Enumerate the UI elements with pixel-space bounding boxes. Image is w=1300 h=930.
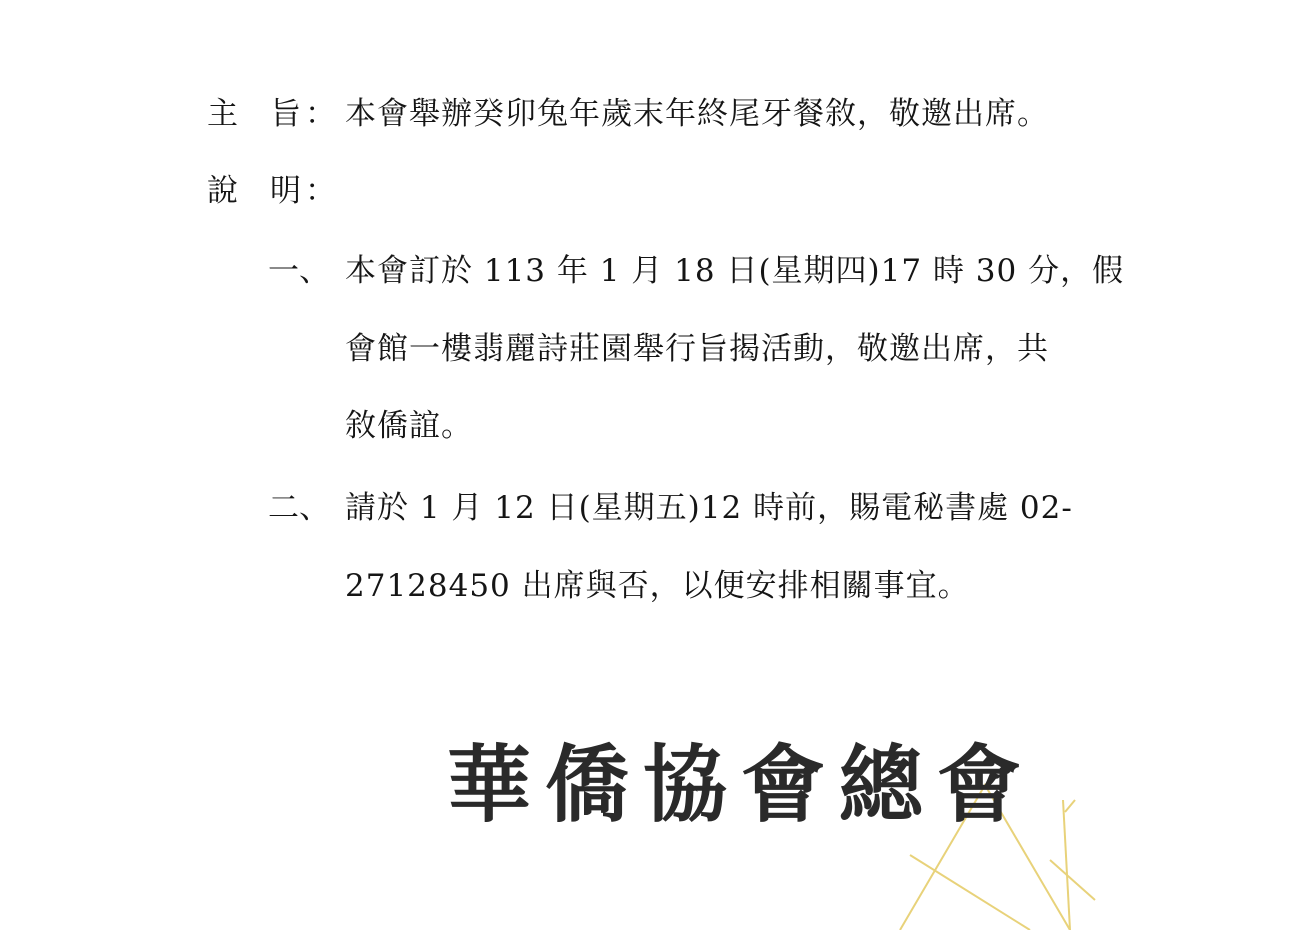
explanation-label-char1: 說 <box>207 165 238 210</box>
subject-label-char2: 旨 <box>270 88 301 133</box>
explanation-label-char2: 明 <box>270 165 301 210</box>
item-2-line-2: 27128450 出席與否，以便安排相關事宜。 <box>345 560 970 605</box>
organization-seal: 華僑協會總會 <box>447 718 1035 839</box>
item-2-marker: 二、 <box>268 482 330 527</box>
item-1-line-1: 本會訂於 113 年 1 月 18 日(星期四)17 時 30 分，假 <box>345 245 1124 290</box>
subject-label-char1: 主 <box>207 88 238 133</box>
explanation-colon: ： <box>305 165 336 210</box>
item-1-marker: 一、 <box>268 245 330 290</box>
subject-colon: ： <box>305 88 336 133</box>
item-1-line-2: 會館一樓翡麗詩莊園舉行旨揭活動，敬邀出席，共 <box>345 323 1049 368</box>
item-2-line-1: 請於 1 月 12 日(星期五)12 時前，賜電秘書處 02- <box>345 482 1073 527</box>
subject-text: 本會舉辦癸卯兔年歲末年終尾牙餐敘，敬邀出席。 <box>345 88 1049 133</box>
item-1-line-3: 敘僑誼。 <box>345 400 473 445</box>
